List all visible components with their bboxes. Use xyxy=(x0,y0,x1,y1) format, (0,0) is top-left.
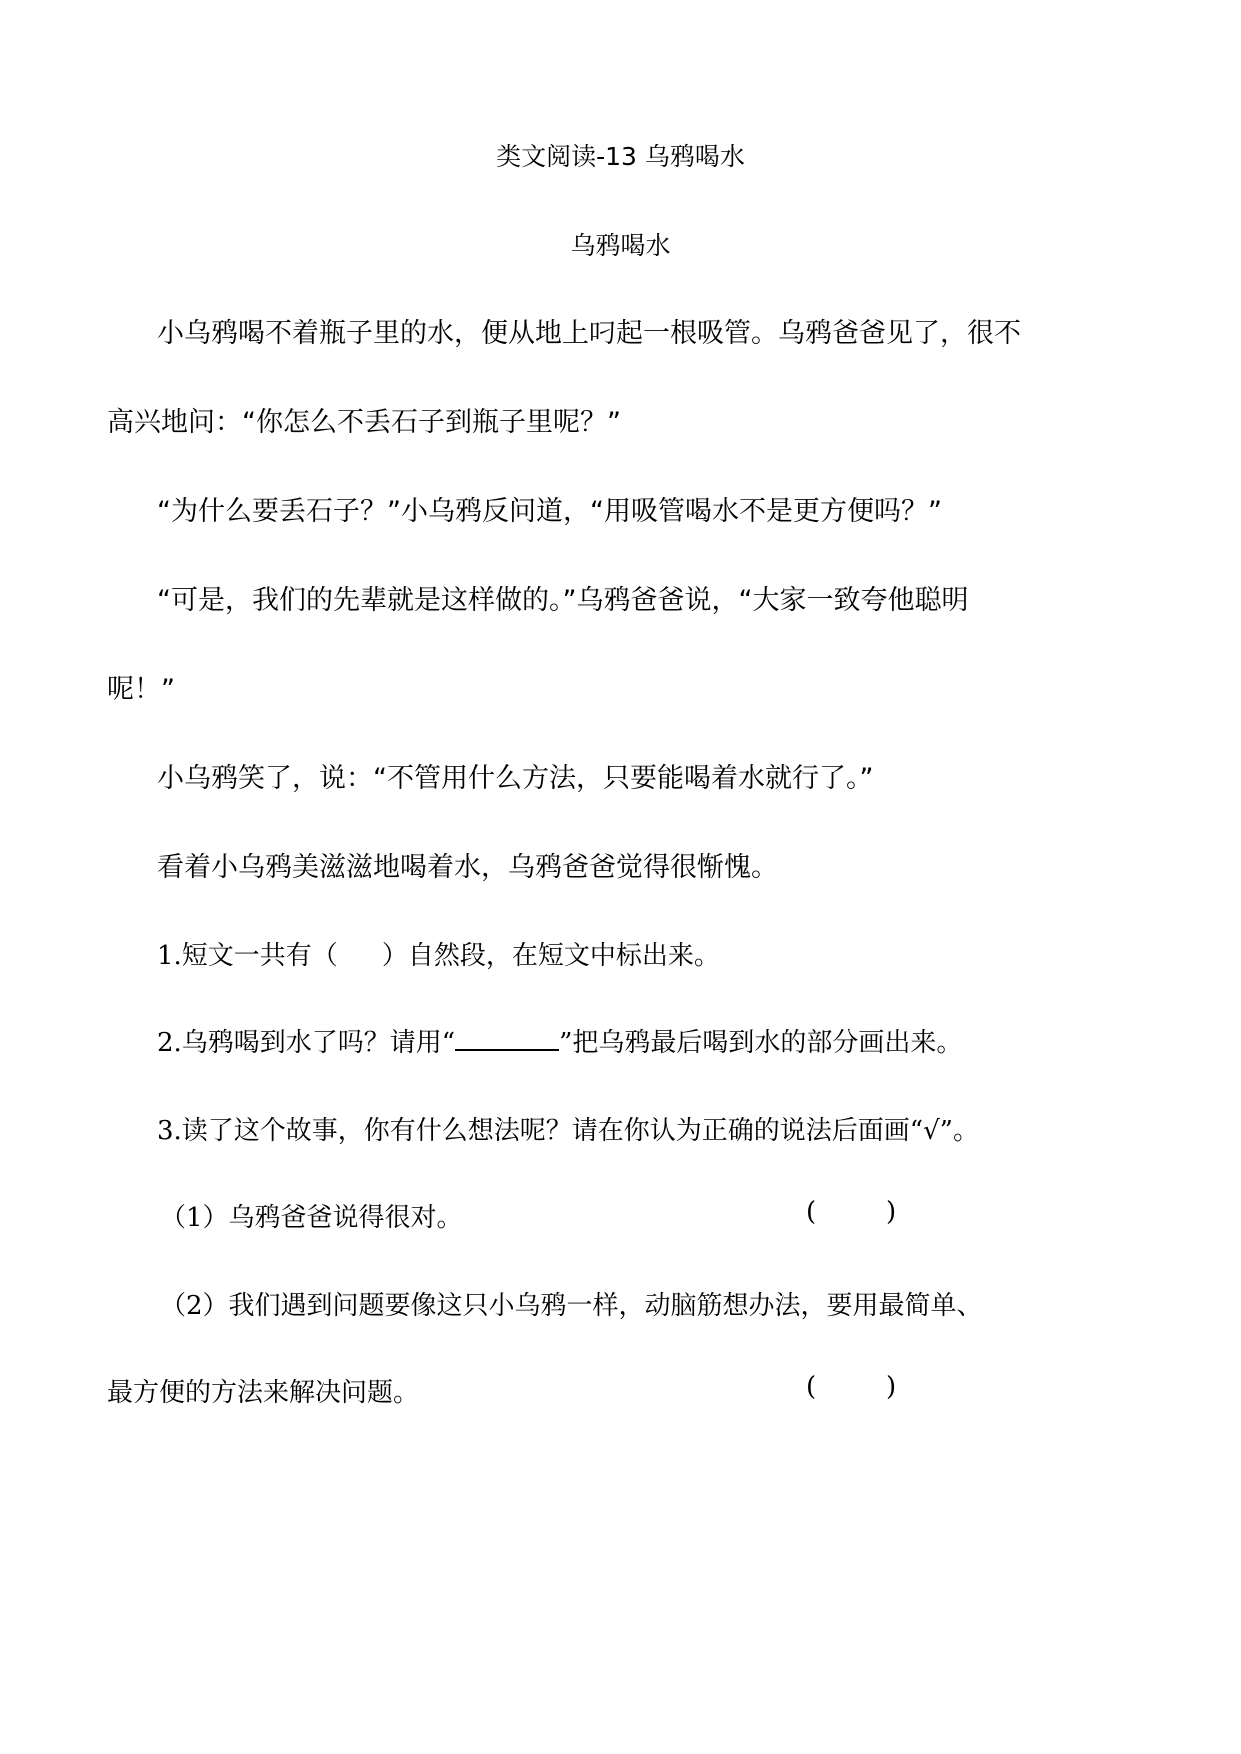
story-line: 看着小乌鸦美滋滋地喝着水，乌鸦爸爸觉得很惭愧。 xyxy=(157,845,778,884)
question-2-suffix: ”把乌鸦最后喝到水的部分画出来。 xyxy=(559,1028,962,1058)
underline-mark xyxy=(455,1027,559,1051)
question-1: 1.短文一共有（）自然段，在短文中标出来。 xyxy=(157,935,720,972)
answer-open-paren: ( xyxy=(806,1372,816,1402)
option-1-text: （1）乌鸦爸爸说得很对。 xyxy=(160,1197,463,1234)
story-line: 小乌鸦喝不着瓶子里的水，便从地上叼起一根吸管。乌鸦爸爸见了，很不 xyxy=(157,311,1021,350)
story-line: 小乌鸦笑了，说：“不管用什么方法，只要能喝着水就行了。” xyxy=(157,756,873,795)
answer-close-paren: ) xyxy=(886,1197,896,1227)
option-2-text-line-2: 最方便的方法来解决问题。 xyxy=(107,1372,419,1409)
answer-open-paren: ( xyxy=(806,1197,816,1227)
question-1-prefix: 1.短文一共有（ xyxy=(157,941,338,971)
story-line: 高兴地问：“你怎么不丢石子到瓶子里呢？” xyxy=(107,400,621,439)
question-2: 2.乌鸦喝到水了吗？请用“”把乌鸦最后喝到水的部分画出来。 xyxy=(157,1022,962,1059)
question-1-suffix: ）自然段，在短文中标出来。 xyxy=(382,941,720,971)
question-3: 3.读了这个故事，你有什么想法呢？请在你认为正确的说法后面画“√”。 xyxy=(157,1110,979,1147)
answer-close-paren: ) xyxy=(886,1372,896,1402)
worksheet-page: 类文阅读-13 乌鸦喝水 乌鸦喝水 小乌鸦喝不着瓶子里的水，便从地上叼起一根吸管… xyxy=(0,0,1241,1754)
story-title: 乌鸦喝水 xyxy=(0,226,1241,262)
story-line: “为什么要丢石子？”小乌鸦反问道，“用吸管喝水不是更方便吗？” xyxy=(157,489,942,528)
option-2-text-line-1: （2）我们遇到问题要像这只小乌鸦一样，动脑筋想办法，要用最简单、 xyxy=(160,1285,983,1322)
main-title: 类文阅读-13 乌鸦喝水 xyxy=(0,137,1241,173)
question-2-prefix: 2.乌鸦喝到水了吗？请用“ xyxy=(157,1028,455,1058)
story-line: “可是，我们的先辈就是这样做的。”乌鸦爸爸说，“大家一致夸他聪明 xyxy=(157,578,968,617)
story-line: 呢！” xyxy=(107,667,175,706)
